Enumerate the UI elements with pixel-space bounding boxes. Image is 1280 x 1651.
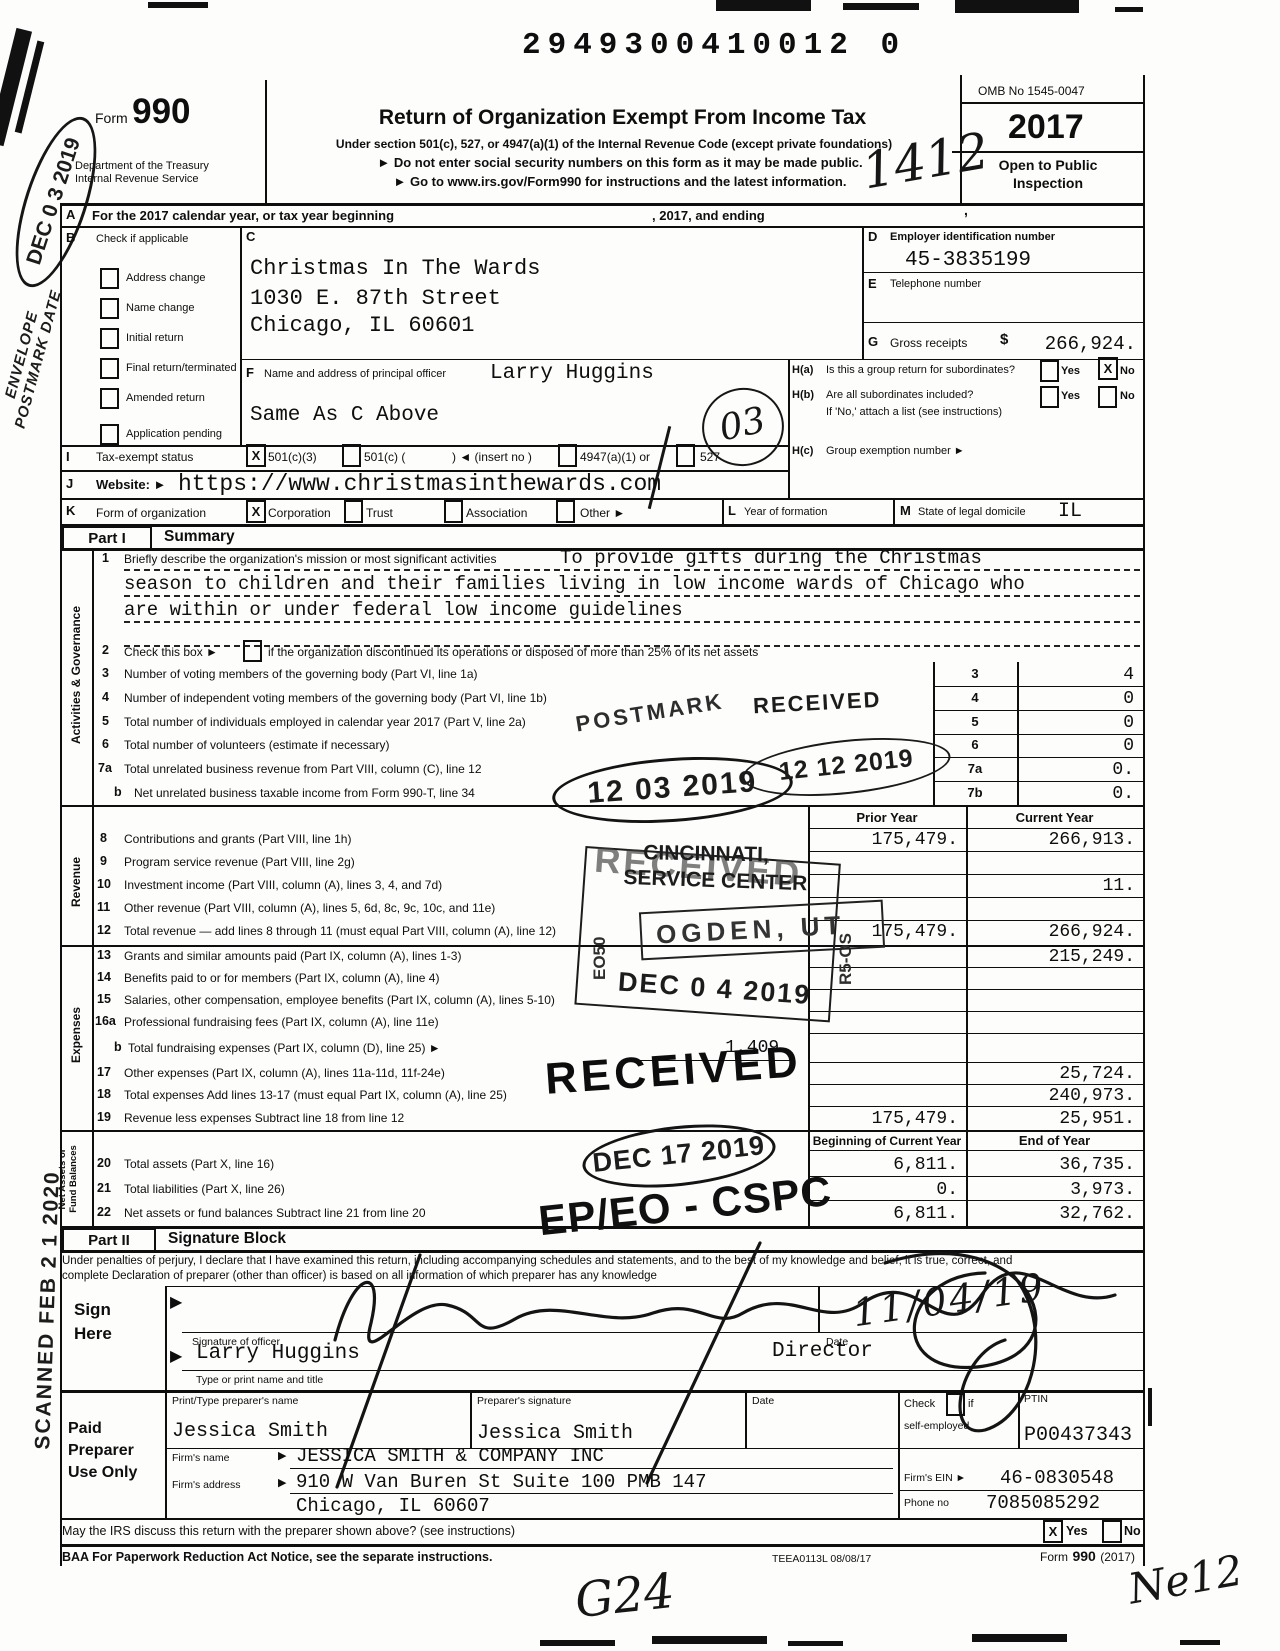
line8-current: 266,913. xyxy=(975,830,1135,850)
prior-year-header: Prior Year xyxy=(808,810,966,825)
mission-line1: To provide gifts during the Christmas xyxy=(560,547,982,569)
org-trust-checkbox[interactable] xyxy=(344,500,363,523)
firm-addr-arrow-icon: ▶ xyxy=(278,1476,286,1489)
divider xyxy=(165,1390,167,1518)
line17-no: 17 xyxy=(97,1065,111,1079)
divider xyxy=(808,1084,1143,1085)
divider xyxy=(60,1130,1143,1132)
address-change-label: Address change xyxy=(126,272,206,284)
line5-label: Total number of individuals employed in … xyxy=(124,715,526,729)
scan-mark xyxy=(540,1640,615,1646)
phone-value: 7085085292 xyxy=(986,1492,1100,1514)
form-label: Form xyxy=(95,110,128,126)
scan-mark xyxy=(843,3,919,10)
line7a-no: 7a xyxy=(98,761,112,775)
line11-label: Other revenue (Part VIII, column (A), li… xyxy=(124,901,495,915)
envelope-date-stamp: DEC 0 3 2019 xyxy=(0,108,113,296)
divider xyxy=(808,1011,1143,1012)
line-a-letter: A xyxy=(66,207,75,222)
part1-title: Summary xyxy=(164,528,235,546)
line1-no: 1 xyxy=(102,551,109,565)
check-label: Check xyxy=(904,1398,935,1410)
self-employed-label: self-employed xyxy=(904,1420,969,1432)
status-501c3-label: 501(c)(3) xyxy=(268,450,317,464)
preparer-sig-label: Preparer's signature xyxy=(477,1395,571,1407)
org-other-label: Other ► xyxy=(580,506,625,520)
org-corporation-label: Corporation xyxy=(268,506,331,520)
line3-no: 3 xyxy=(102,666,109,680)
line-l-letter: L xyxy=(728,503,736,518)
line11-no: 11 xyxy=(97,900,110,914)
line-j-letter: J xyxy=(66,476,73,491)
divider xyxy=(165,1286,167,1390)
line9-label: Program service revenue (Part VIII, line… xyxy=(124,855,355,869)
status-501c-checkbox[interactable] xyxy=(342,444,361,467)
line10-no: 10 xyxy=(97,877,111,891)
line12-current: 266,924. xyxy=(975,922,1135,942)
scan-mark xyxy=(955,0,1079,13)
line6-label: Total number of volunteers (estimate if … xyxy=(124,738,389,752)
omb-number: OMB No 1545-0047 xyxy=(978,84,1085,98)
line13-current: 215,249. xyxy=(975,947,1135,967)
application-pending-label: Application pending xyxy=(126,428,222,440)
scan-barcode-number: 2949300410012 0 xyxy=(522,28,906,63)
may-irs-yes-x-mark: X xyxy=(1049,1524,1058,1539)
line16b-no: b xyxy=(114,1040,122,1054)
firm-name-value: JESSICA SMITH & COMPANY INC xyxy=(296,1445,604,1467)
dashed-line xyxy=(124,569,1140,571)
final-return-checkbox[interactable] xyxy=(100,358,119,379)
application-pending-checkbox[interactable] xyxy=(100,424,119,445)
line13-no: 13 xyxy=(97,948,111,962)
ha-yes-label: Yes xyxy=(1061,365,1080,377)
line13-label: Grants and similar amounts paid (Part IX… xyxy=(124,949,461,963)
oval-date-stamp-2: 12 12 2019 xyxy=(740,729,953,805)
net-assets-label: Net Assets or Fund Balances xyxy=(57,1119,79,1239)
handwriting-tax-exempt-circle: 03 xyxy=(695,380,791,473)
legal-domicile-value: IL xyxy=(1058,500,1082,523)
line18-no: 18 xyxy=(97,1087,111,1101)
line7a-value: 0. xyxy=(1022,760,1134,780)
beginning-year-header: Beginning of Current Year xyxy=(808,1134,966,1148)
ha-text: Is this a group return for subordinates? xyxy=(826,364,1015,376)
line21-begin: 0. xyxy=(812,1180,958,1200)
section-e-letter: E xyxy=(868,276,877,291)
line10-current: 11. xyxy=(975,876,1135,896)
divider xyxy=(265,80,267,203)
divider xyxy=(933,781,1143,782)
form990-scanned-page: 2949300410012 0 ENVELOPE POSTMARK DATE D… xyxy=(0,0,1280,1651)
status-501c3-checkbox[interactable]: X xyxy=(246,444,266,467)
preparer-date-label: Date xyxy=(752,1395,774,1407)
line3-value: 4 xyxy=(1022,665,1134,685)
received-big-stamp: RECEIVED xyxy=(544,1037,804,1105)
eo50-code: EO50 xyxy=(590,937,610,980)
line-m-label: State of legal domicile xyxy=(918,506,1026,518)
line-l-label: Year of formation xyxy=(744,506,827,518)
form-bullet2: ► Go to www.irs.gov/Form990 for instruct… xyxy=(300,174,940,189)
line-k-letter: K xyxy=(66,503,75,518)
line2-no: 2 xyxy=(102,643,109,657)
line15-label: Salaries, other compensation, employee b… xyxy=(124,993,555,1007)
line-i-label: Tax-exempt status xyxy=(96,450,193,464)
org-address1: 1030 E. 87th Street xyxy=(250,286,501,311)
part2-label: Part II xyxy=(64,1230,154,1251)
amended-return-label: Amended return xyxy=(126,392,205,404)
activities-governance-label: Activities & Governance xyxy=(69,565,83,785)
line5-box: 5 xyxy=(933,714,1017,729)
divider xyxy=(933,710,1143,711)
ha-label: H(a) xyxy=(792,364,813,376)
line4-label: Number of independent voting members of … xyxy=(124,691,547,705)
divider xyxy=(808,1150,1143,1151)
irs-label: Internal Revenue Service xyxy=(75,173,199,185)
line2-text-a: Check this box ► xyxy=(124,645,218,659)
divider xyxy=(470,1390,472,1448)
amended-return-checkbox[interactable] xyxy=(100,388,119,409)
teea-code: TEEA0113L 08/08/17 xyxy=(772,1553,871,1565)
line-k-label: Form of organization xyxy=(96,506,206,520)
divider xyxy=(808,1033,1143,1034)
sign-arrow-icon: ▶ xyxy=(170,1346,182,1366)
divider xyxy=(1018,1390,1020,1448)
org-other-checkbox[interactable] xyxy=(556,500,575,523)
baa-notice: BAA For Paperwork Reduction Act Notice, … xyxy=(62,1550,492,1564)
line8-prior: 175,479. xyxy=(812,830,958,850)
divider xyxy=(60,1544,1143,1547)
line6-no: 6 xyxy=(102,737,109,751)
divider xyxy=(808,1062,1143,1063)
sign-label: Sign xyxy=(74,1300,111,1320)
line14-label: Benefits paid to or for members (Part IX… xyxy=(124,971,439,985)
section-e-label: Telephone number xyxy=(890,278,981,290)
status-4947-label: 4947(a)(1) or xyxy=(580,450,650,464)
initial-return-label: Initial return xyxy=(126,332,183,344)
line18-label: Total expenses Add lines 13-17 (must equ… xyxy=(124,1088,507,1102)
firm-addr1-value: 910 W Van Buren St Suite 100 PMB 147 xyxy=(296,1471,706,1493)
if-label: if xyxy=(968,1398,974,1410)
line4-value: 0 xyxy=(1022,689,1134,709)
line-j-label: Website: ► xyxy=(96,477,166,492)
divider xyxy=(788,359,790,498)
preparer-label: Preparer xyxy=(68,1442,134,1460)
divider xyxy=(60,203,1143,206)
may-irs-no-label: No xyxy=(1124,1524,1141,1538)
line20-end: 36,735. xyxy=(975,1155,1135,1175)
line22-label: Net assets or fund balances Subtract lin… xyxy=(124,1206,426,1220)
principal-officer-address: Same As C Above xyxy=(250,404,439,427)
scan-mark xyxy=(148,2,208,8)
divider xyxy=(240,359,1143,360)
section-c-letter: C xyxy=(246,229,255,244)
corporation-x-mark: X xyxy=(252,504,261,519)
line3-box: 3 xyxy=(933,666,1017,681)
firm-name-label: Firm's name xyxy=(172,1452,229,1464)
divider xyxy=(60,1390,1143,1393)
may-irs-text: May the IRS discuss this return with the… xyxy=(62,1524,515,1538)
line16b-label: Total fundraising expenses (Part IX, col… xyxy=(128,1041,441,1055)
org-corporation-checkbox[interactable]: X xyxy=(246,500,266,523)
address-change-checkbox[interactable] xyxy=(100,268,119,289)
section-f-letter: F xyxy=(246,365,254,380)
divider xyxy=(290,1493,893,1494)
section-b-title: Check if applicable xyxy=(96,233,188,245)
line15-no: 15 xyxy=(97,992,111,1006)
line7a-label: Total unrelated business revenue from Pa… xyxy=(124,762,482,776)
line12-no: 12 xyxy=(97,923,111,937)
form-bullet1: ► Do not enter social security numbers o… xyxy=(300,155,940,170)
divider xyxy=(808,897,1143,898)
line21-label: Total liabilities (Part X, line 26) xyxy=(124,1182,285,1196)
divider xyxy=(898,1490,1143,1491)
dept-treasury: Department of the Treasury xyxy=(75,160,209,172)
line3-label: Number of voting members of the governin… xyxy=(124,667,478,681)
ha-no-label: No xyxy=(1120,365,1135,377)
handwriting-bottom-center: G24 xyxy=(572,1563,677,1629)
divider xyxy=(933,757,1143,758)
ha-yes-checkbox[interactable] xyxy=(1040,360,1059,382)
dashed-line xyxy=(124,621,1140,623)
divider xyxy=(808,1176,1143,1177)
hb-no-label: No xyxy=(1120,390,1135,402)
divider xyxy=(60,524,1143,527)
section-b-letter: B xyxy=(66,230,75,245)
line17-current: 25,724. xyxy=(975,1064,1135,1084)
divider xyxy=(862,226,864,359)
section-g-letter: G xyxy=(868,334,878,349)
divider xyxy=(960,102,1143,104)
divider xyxy=(808,1200,1143,1201)
form-subtitle: Under section 501(c), 527, or 4947(a)(1)… xyxy=(278,137,950,151)
line6-value: 0 xyxy=(1022,736,1134,756)
divider xyxy=(60,498,1143,500)
sign-arrow-icon: ▶ xyxy=(170,1292,182,1312)
status-527-checkbox[interactable] xyxy=(676,444,695,467)
net-assets-label-line1: Net Assets or xyxy=(57,1119,68,1239)
divider xyxy=(60,226,1143,228)
mission-line2: season to children and their families li… xyxy=(124,573,1025,595)
line18-current: 240,973. xyxy=(975,1086,1135,1106)
scan-mark xyxy=(788,1641,843,1646)
line21-end: 3,973. xyxy=(975,1180,1135,1200)
phone-label: Phone no xyxy=(904,1497,949,1509)
divider xyxy=(92,548,94,1226)
line10-label: Investment income (Part VIII, column (A)… xyxy=(124,878,442,892)
oval-date-2-text: 12 12 2019 xyxy=(742,731,951,798)
firm-ein-value: 46-0830548 xyxy=(1000,1467,1114,1489)
form-number-block: Form 990 xyxy=(95,92,191,132)
use-only-label: Use Only xyxy=(68,1464,137,1482)
may-irs-yes-label: Yes xyxy=(1066,1524,1088,1538)
section-d-label: Employer identification number xyxy=(890,231,1055,243)
hc-label: H(c) xyxy=(792,445,813,457)
form-title: Return of Organization Exempt From Incom… xyxy=(300,106,945,130)
scan-mark xyxy=(716,0,811,11)
divider xyxy=(808,1106,1143,1107)
org-trust-label: Trust xyxy=(366,506,393,520)
firm-name-arrow-icon: ▶ xyxy=(278,1449,286,1462)
paid-label: Paid xyxy=(68,1420,102,1438)
scan-mark xyxy=(1148,1388,1152,1426)
line7b-box: 7b xyxy=(933,785,1017,800)
firm-ein-label: Firm's EIN ► xyxy=(904,1472,966,1484)
may-irs-yes-checkbox[interactable]: X xyxy=(1043,1520,1063,1543)
form-footer-num: 990 xyxy=(1072,1548,1095,1564)
line12-label: Total revenue — add lines 8 through 11 (… xyxy=(124,924,556,938)
status-4947-checkbox[interactable] xyxy=(558,444,577,467)
preparer-name-value: Jessica Smith xyxy=(172,1420,328,1443)
mission-line3: are within or under federal low income g… xyxy=(124,599,683,621)
divider xyxy=(808,851,1143,852)
line22-no: 22 xyxy=(97,1205,111,1219)
gross-receipts-dollar: $ xyxy=(1000,331,1008,348)
org-association-label: Association xyxy=(466,506,527,520)
line9-no: 9 xyxy=(100,854,107,868)
final-return-label: Final return/terminated xyxy=(126,362,237,374)
line5-value: 0 xyxy=(1022,713,1134,733)
hb-note: If 'No,' attach a list (see instructions… xyxy=(826,406,1002,418)
divider xyxy=(898,1390,900,1518)
hb-text: Are all subordinates included? xyxy=(826,389,973,401)
line21-no: 21 xyxy=(97,1181,111,1195)
line16a-label: Professional fundraising fees (Part IX, … xyxy=(124,1015,439,1029)
line5-no: 5 xyxy=(102,714,109,728)
section-d-letter: D xyxy=(868,229,877,244)
form-left-border xyxy=(60,203,62,1566)
line8-label: Contributions and grants (Part VIII, lin… xyxy=(124,832,351,846)
line7b-no: b xyxy=(114,785,122,799)
divider xyxy=(862,322,1143,323)
ha-no-x-mark: X xyxy=(1104,361,1113,376)
line7b-label: Net unrelated business taxable income fr… xyxy=(124,786,475,800)
preparer-sig-value: Jessica Smith xyxy=(477,1422,633,1445)
divider xyxy=(290,1468,893,1469)
discontinued-checkbox[interactable] xyxy=(243,640,262,662)
divider xyxy=(240,226,242,445)
ogden-text: OGDEN, UT xyxy=(655,908,882,951)
line-a-comma: , xyxy=(964,202,968,218)
line20-begin: 6,811. xyxy=(812,1155,958,1175)
part1-label: Part I xyxy=(64,528,150,549)
tax-year: 2017 xyxy=(1008,108,1084,147)
line-a-text: For the 2017 calendar year, or tax year … xyxy=(92,208,394,223)
divider xyxy=(893,498,895,524)
divider xyxy=(722,498,724,524)
handwriting-tax-exempt-text: 03 xyxy=(697,383,788,468)
ha-no-checkbox[interactable]: X xyxy=(1098,357,1118,380)
hb-no-checkbox[interactable] xyxy=(1098,386,1117,408)
line19-label: Revenue less expenses Subtract line 18 f… xyxy=(124,1111,404,1125)
scan-mark xyxy=(652,1636,767,1644)
envelope-date-text: DEC 0 3 2019 xyxy=(3,112,106,292)
form-footer: Form 990 (2017) xyxy=(1040,1548,1135,1566)
scan-mark xyxy=(1180,1640,1220,1645)
line-m-letter: M xyxy=(900,503,911,518)
ptin-value: P00437343 xyxy=(1024,1424,1132,1447)
divider xyxy=(808,967,1143,968)
may-irs-no-checkbox[interactable] xyxy=(1102,1520,1122,1543)
divider xyxy=(933,734,1143,735)
postmark-stamp: POSTMARK xyxy=(574,688,726,737)
status-501c3-x-mark: X xyxy=(252,448,261,463)
line2-text-b: if the organization discontinued its ope… xyxy=(268,645,758,659)
divider xyxy=(966,805,968,1226)
line1-label: Briefly describe the organization's miss… xyxy=(124,552,496,566)
received-small-stamp: RECEIVED xyxy=(752,687,882,720)
divider xyxy=(808,989,1143,990)
form-number: 990 xyxy=(132,92,190,131)
net-assets-label-line2: Fund Balances xyxy=(68,1119,79,1239)
line8-no: 8 xyxy=(100,831,107,845)
line4-no: 4 xyxy=(102,690,109,704)
divider xyxy=(933,686,1143,687)
org-association-checkbox[interactable] xyxy=(444,500,463,523)
line14-no: 14 xyxy=(97,970,111,984)
divider xyxy=(745,1390,747,1448)
firm-addr2-value: Chicago, IL 60607 xyxy=(296,1495,490,1517)
form-footer-year: (2017) xyxy=(1100,1550,1135,1564)
section-g-label: Gross receipts xyxy=(890,336,967,350)
expenses-label: Expenses xyxy=(69,925,83,1145)
ein-value: 45-3835199 xyxy=(905,249,1031,272)
here-label: Here xyxy=(74,1324,112,1344)
line20-no: 20 xyxy=(97,1156,111,1170)
section-f-label: Name and address of principal officer xyxy=(264,368,446,380)
divider xyxy=(60,1518,1143,1520)
name-change-checkbox[interactable] xyxy=(100,298,119,319)
name-change-label: Name change xyxy=(126,302,195,314)
scan-mark xyxy=(1115,7,1143,12)
status-501c-label: 501(c) ( xyxy=(364,450,405,464)
firm-addr-label: Firm's address xyxy=(172,1479,241,1491)
cincinnati-line1: CINCINNATI, xyxy=(643,841,769,867)
hb-label: H(b) xyxy=(792,389,814,401)
line-a-mid: , 2017, and ending xyxy=(652,208,765,223)
website-url: https://www.christmasinthewards.com xyxy=(178,471,661,497)
hb-yes-label: Yes xyxy=(1061,390,1080,402)
line19-no: 19 xyxy=(97,1110,111,1124)
line20-label: Total assets (Part X, line 16) xyxy=(124,1157,274,1171)
line22-end: 32,762. xyxy=(975,1204,1135,1224)
hc-text: Group exemption number ► xyxy=(826,445,965,457)
dashed-line xyxy=(124,595,1140,597)
line7b-value: 0. xyxy=(1022,784,1134,804)
scan-mark xyxy=(972,1634,1067,1642)
divider xyxy=(808,828,1143,829)
line-i-letter: I xyxy=(66,449,70,464)
org-name: Christmas In The Wards xyxy=(250,256,540,281)
end-year-header: End of Year xyxy=(966,1133,1143,1148)
line4-box: 4 xyxy=(933,690,1017,705)
line16a-no: 16a xyxy=(95,1014,116,1028)
gross-receipts-value: 266,924. xyxy=(1018,333,1136,355)
ptin-label: PTIN xyxy=(1024,1393,1048,1405)
preparer-name-label: Print/Type preparer's name xyxy=(172,1395,298,1407)
current-year-header: Current Year xyxy=(966,810,1143,825)
org-address2: Chicago, IL 60601 xyxy=(250,313,474,338)
principal-officer-name: Larry Huggins xyxy=(490,362,654,385)
self-employed-checkbox[interactable] xyxy=(946,1393,965,1416)
form-footer-pre: Form xyxy=(1040,1550,1068,1564)
status-insert-no-label: ) ◄ (insert no ) xyxy=(452,450,532,464)
divider xyxy=(808,874,1143,875)
hb-yes-checkbox[interactable] xyxy=(1040,386,1059,408)
line19-prior: 175,479. xyxy=(812,1109,958,1129)
initial-return-checkbox[interactable] xyxy=(100,328,119,349)
divider xyxy=(862,272,1143,273)
line17-label: Other expenses (Part IX, column (A), lin… xyxy=(124,1066,445,1080)
line19-current: 25,951. xyxy=(975,1109,1135,1129)
